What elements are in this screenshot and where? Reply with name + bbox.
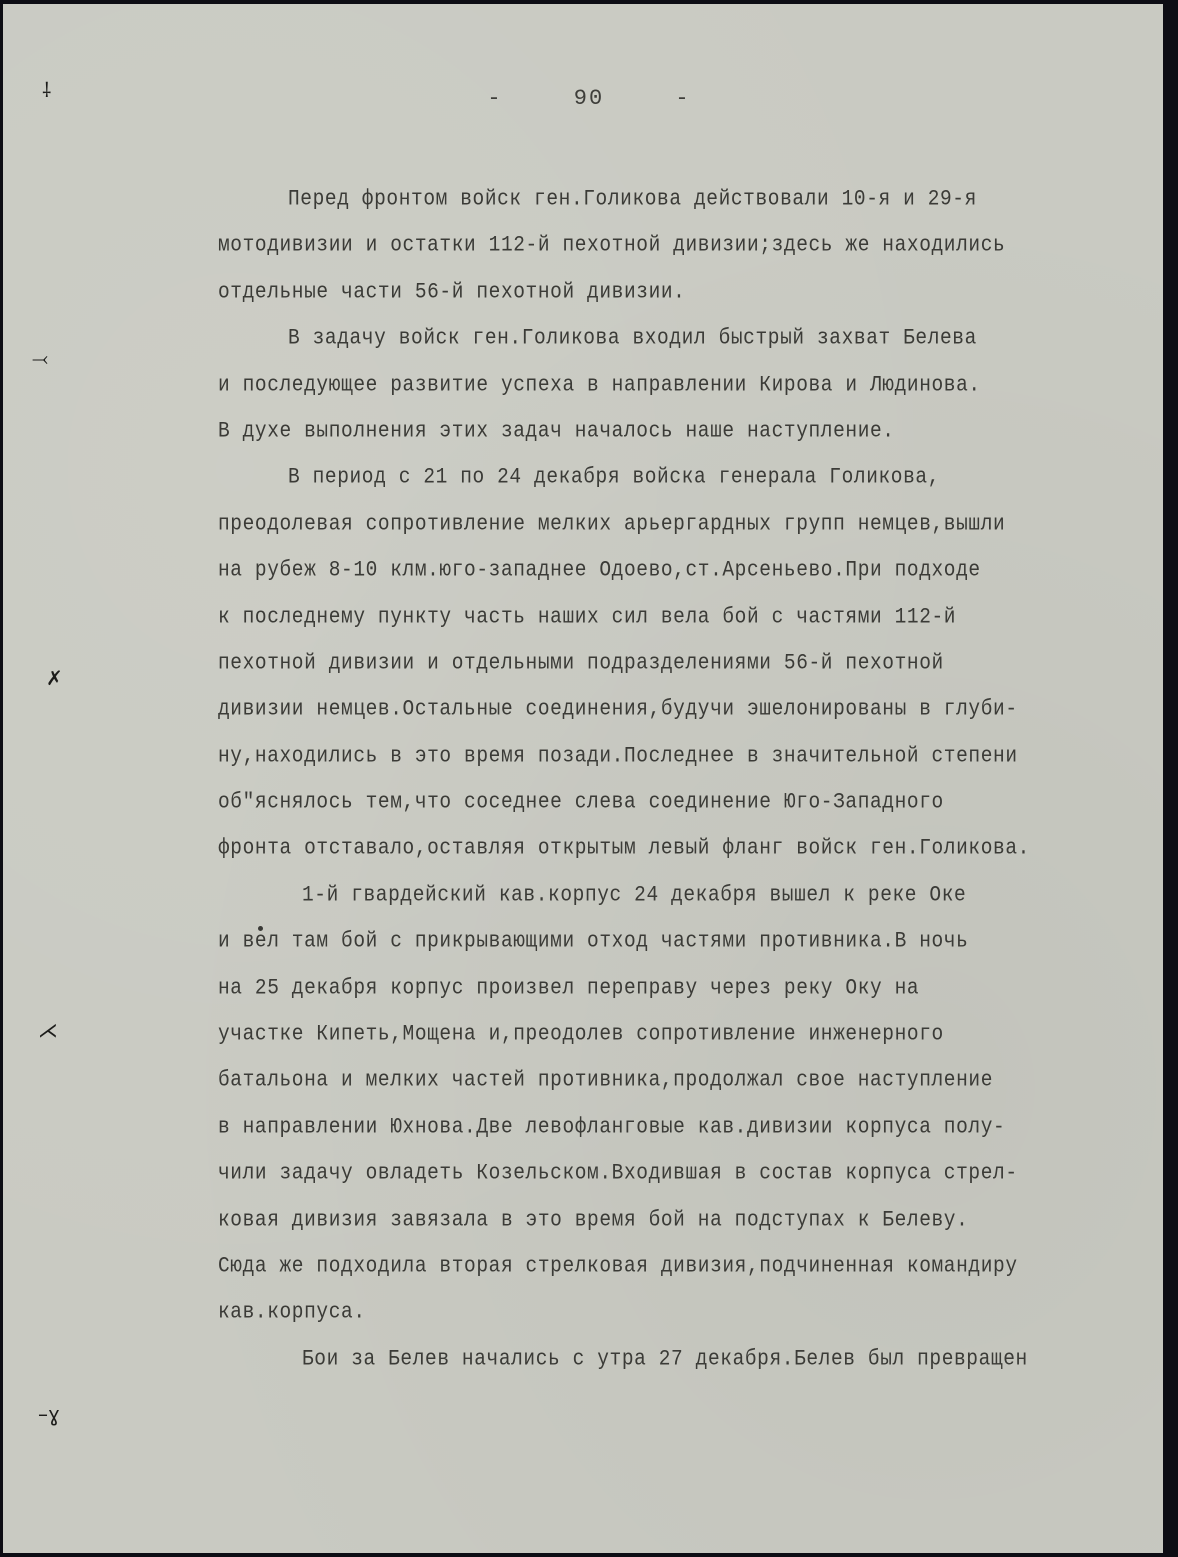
text-line: фронта отставало,оставляя открытым левый… [218, 822, 1178, 875]
text-line: чили задачу овладеть Козельском.Входивша… [218, 1147, 1178, 1200]
text-line: и вел там бой с прикрывающими отход част… [218, 915, 1178, 968]
text-line: кав.корпуса. [218, 1286, 1178, 1339]
text-line: ковая дивизия завязала в это время бой н… [218, 1193, 1178, 1246]
text-line: В задачу войск ген.Голикова входил быстр… [218, 312, 1178, 365]
typed-body-text: Перед фронтом войск ген.Голикова действо… [218, 176, 1178, 1382]
page-number: - 90 - [0, 86, 1178, 111]
text-line: батальона и мелких частей противника,про… [218, 1054, 1178, 1107]
pin-hole-mark-icon: ✗ [46, 668, 63, 688]
text-line: и последующее развитие успеха в направле… [218, 358, 1178, 411]
text-line: дивизии немцев.Остальные соединения,буду… [218, 683, 1178, 736]
text-line: к последнему пункту часть наших сил вела… [218, 590, 1178, 643]
text-line: Бои за Белев начались с утра 27 декабря.… [218, 1332, 1178, 1385]
page-number-dash-left: - [487, 86, 502, 111]
pin-hole-mark-icon: ⤙ [32, 348, 48, 368]
text-line: мотодивизии и остатки 112-й пехотной див… [218, 219, 1178, 272]
text-line: В период с 21 по 24 декабря войска генер… [218, 451, 1178, 504]
page-number-dash-right: - [675, 86, 690, 111]
page-number-value: 90 [574, 86, 604, 111]
pin-hole-mark-icon: –ɣ [38, 1404, 60, 1424]
text-line: на рубеж 8-10 клм.юго-западнее Одоево,ст… [218, 544, 1178, 597]
pin-hole-mark-icon: ⋌ [38, 1020, 58, 1040]
text-line: на 25 декабря корпус произвел переправу … [218, 961, 1178, 1014]
